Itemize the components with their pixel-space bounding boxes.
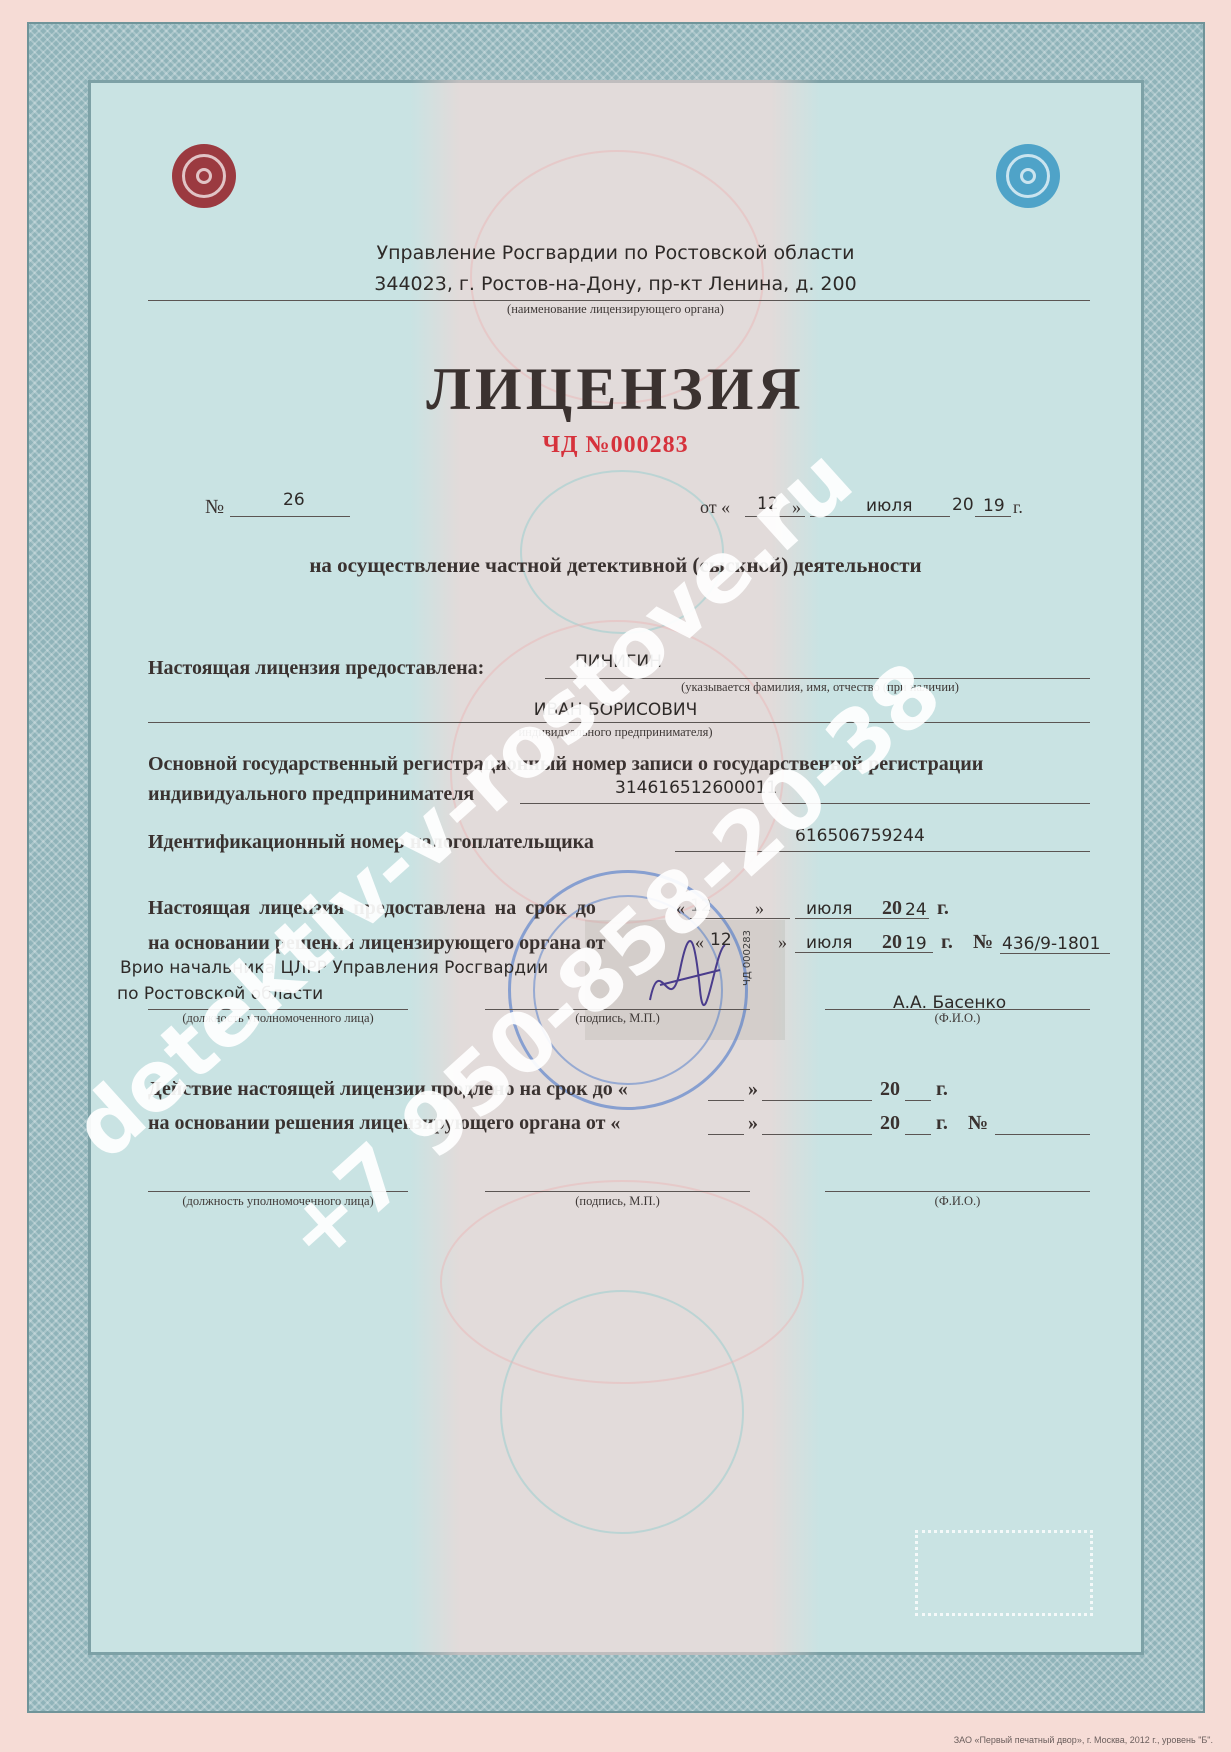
decision-number-label: №: [973, 931, 993, 954]
decision-year-unit: г.: [941, 931, 953, 954]
underline: [975, 516, 1011, 517]
extension-caption-signature: (подпись, М.П.): [485, 1194, 750, 1209]
underline: [762, 1134, 872, 1135]
divider: [148, 300, 1090, 301]
registration-number-label: №: [205, 496, 224, 519]
term-year-prefix: 20: [882, 897, 902, 920]
registration-year-prefix: 20: [952, 495, 974, 515]
licensee-label: Настоящая лицензия предоставлена:: [148, 657, 484, 680]
underline: [825, 1191, 1090, 1192]
registration-year-unit: г.: [1013, 497, 1023, 518]
underline: [708, 1100, 744, 1101]
license-activity: на осуществление частной детективной (сы…: [0, 553, 1231, 578]
extension-close-2: »: [748, 1112, 758, 1135]
extension-close-1: »: [748, 1078, 758, 1101]
term-year-unit: г.: [937, 897, 949, 920]
document-serial: ЧД №000283: [0, 432, 1231, 459]
caption-name: (Ф.И.О.): [825, 1011, 1090, 1026]
term-day-close: »: [755, 898, 764, 919]
printer-imprint: ЗАО «Первый печатный двор», г. Москва, 2…: [954, 1735, 1213, 1745]
security-microprint-box: [915, 1530, 1093, 1616]
decision-number: 436/9-1801: [1002, 934, 1100, 954]
decision-year-prefix: 20: [882, 931, 902, 954]
underline: [230, 516, 350, 517]
underline: [905, 952, 933, 953]
authority-address: 344023, г. Ростов-на-Дону, пр-кт Ленина,…: [0, 273, 1231, 295]
extension-unit-2: г.: [936, 1112, 948, 1135]
term-month: июля: [806, 899, 852, 919]
registration-number: 26: [283, 490, 305, 510]
guilloche-pattern: [440, 1180, 804, 1384]
rosette-emblem-left-icon: [172, 144, 236, 208]
authority-name: Управление Росгвардии по Ростовской обла…: [0, 242, 1231, 264]
underline: [905, 1100, 931, 1101]
extension-year-1: 20: [880, 1078, 900, 1101]
underline: [485, 1191, 750, 1192]
decision-day-close: »: [778, 932, 787, 953]
signatory-name: А.А. Басенко: [893, 993, 1006, 1013]
term-year: 24: [905, 900, 927, 920]
registration-year: 19: [983, 496, 1005, 516]
underline: [905, 918, 929, 919]
registration-month: июля: [866, 496, 912, 516]
underline: [1000, 953, 1110, 954]
underline: [708, 1134, 744, 1135]
license-document: Управление Росгвардии по Ростовской обла…: [0, 0, 1231, 1752]
extension-caption-name: (Ф.И.О.): [825, 1194, 1090, 1209]
hologram-id: ЧД 000283: [742, 930, 753, 986]
underline: [995, 1134, 1090, 1135]
underline: [905, 1134, 931, 1135]
extension-no-label: №: [968, 1112, 988, 1135]
extension-unit-1: г.: [936, 1078, 948, 1101]
document-title: ЛИЦЕНЗИЯ: [0, 355, 1231, 424]
rosette-emblem-right-icon: [996, 144, 1060, 208]
decision-month: июля: [806, 933, 852, 953]
decision-year: 19: [905, 934, 927, 954]
authority-caption: (наименование лицензирующего органа): [0, 302, 1231, 317]
underline: [762, 1100, 872, 1101]
extension-year-2: 20: [880, 1112, 900, 1135]
